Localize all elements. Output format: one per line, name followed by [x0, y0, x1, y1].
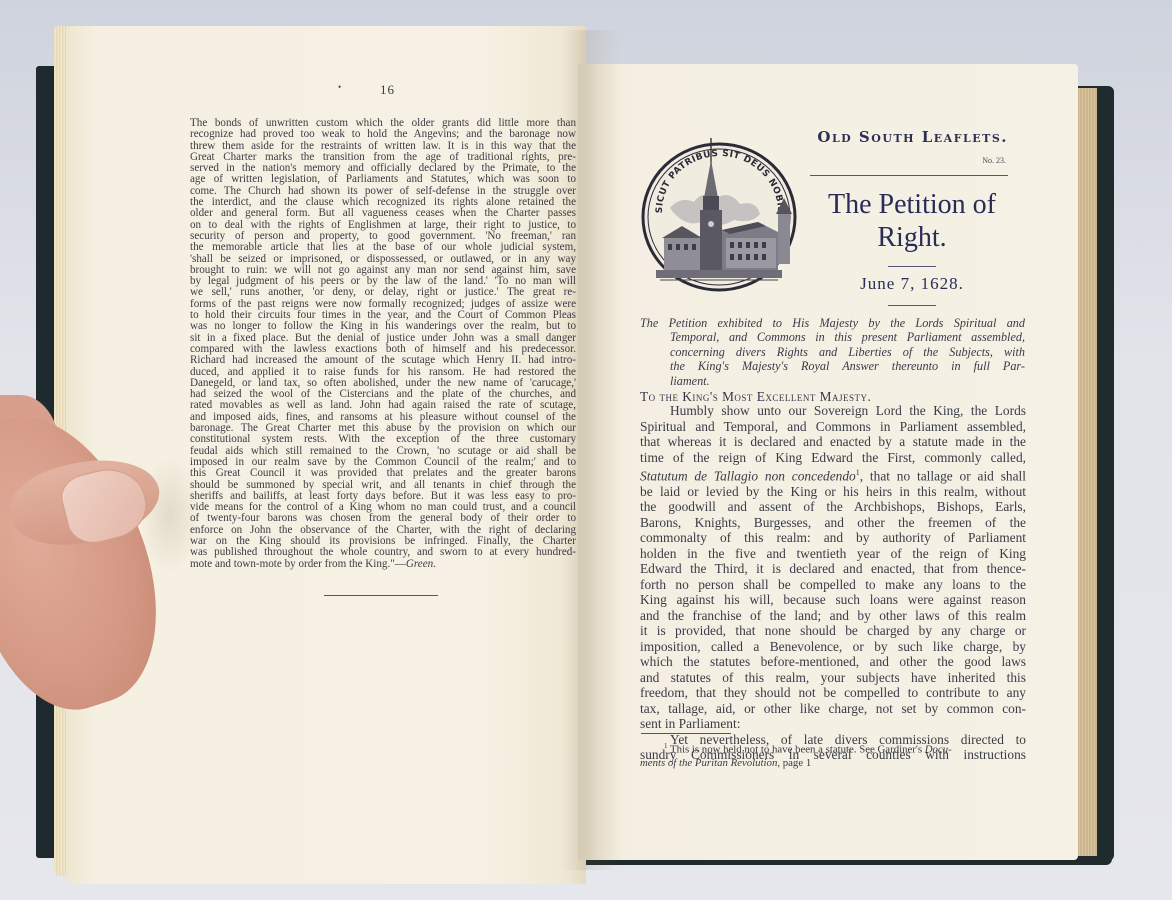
body-line: commonalty of this realm: and by authori… [640, 530, 1026, 546]
text-line-last: mote and town-mote by order from the Kin… [190, 559, 576, 570]
footnote: 1 This is now held not to have been a st… [640, 740, 1026, 770]
preamble-line: concerning divers Rights and Liberties o… [640, 345, 1025, 359]
text-line: the memorable article that lies at the b… [190, 242, 576, 253]
issue-number: No. 23. [930, 156, 1006, 165]
body-line: freedom, that they should not be compell… [640, 685, 1026, 701]
old-south-meeting-house-seal-icon: SICUT PATRIBUS SIT DEUS NOBIS [640, 138, 798, 293]
body-line: tax, tallage, aid, or other like charge,… [640, 701, 1026, 717]
body-line: which the statutes before-mentioned, and… [640, 654, 1026, 670]
body-line: time of the reign of King Edward the Fir… [640, 450, 1026, 466]
body-line-last: sent in Parliament: [640, 716, 1026, 732]
preamble-line: liament. [640, 374, 1025, 388]
text-line: recognize had proved too weak to hold th… [190, 129, 576, 140]
document-date: June 7, 1628. [806, 274, 1018, 294]
text-line: constitutional system rests. With the ex… [190, 434, 576, 445]
section-end-rule [324, 595, 438, 596]
body-line: Barons, Knights, Burgesses, and other th… [640, 515, 1026, 531]
footnote-marker: 1 [664, 742, 668, 750]
text-line: of twenty-four barons was chosen from th… [190, 513, 576, 524]
title-line-1: The Petition of [806, 188, 1018, 221]
masthead: Old South Leaflets. [808, 128, 1008, 146]
text-line: this Great Council it was provided that … [190, 468, 576, 479]
body-line: Humbly show unto our Sovereign Lord the … [640, 403, 1026, 419]
masthead-rule [810, 175, 1008, 176]
preamble: The Petition exhibited to His Majesty by… [640, 316, 1025, 388]
body-line: King against his will, because such loan… [640, 592, 1026, 608]
body-line: holden in the five and twentieth year of… [640, 546, 1026, 562]
text-line: older and general form. But all vaguenes… [190, 208, 576, 219]
document-title: The Petition of Right. [806, 188, 1018, 254]
statute-line-rest: , that no tallage or aid shall [860, 468, 1026, 483]
statute-line: Statutum de Tallagio non concedendo1, th… [640, 465, 1026, 484]
body-line: the goodwill and assent of the Archbisho… [640, 499, 1026, 515]
footnote-rule [641, 733, 731, 734]
left-page-paragraph: The bonds of unwritten custom which the … [190, 118, 576, 570]
body-line: Edward the Third, it is declared and ena… [640, 561, 1026, 577]
page-number-text: 16 [380, 82, 395, 97]
footnote-work-title-1: Docu- [925, 744, 952, 756]
page-edges-right [1075, 88, 1097, 856]
title-rule [888, 266, 936, 267]
attribution: Green. [406, 558, 436, 570]
footnote-work-title-2: ments of the Puritan Revolution [640, 757, 777, 769]
body-line: and statutes of this realm, your subject… [640, 670, 1026, 686]
body-line: forth no person shall be compelled to ma… [640, 577, 1026, 593]
body-line: that whereas it is declared and enacted … [640, 434, 1026, 450]
page-number: • 16 [380, 82, 395, 98]
title-line-2: Right. [806, 221, 1018, 254]
closing-quote-text: mote and town-mote by order from the Kin… [190, 558, 406, 570]
body-line: imposition, called a Benevolence, or by … [640, 639, 1026, 655]
footnote-page-ref: , page 1 [777, 757, 811, 769]
preamble-line: Temporal, and Commons in this present Pa… [640, 330, 1025, 344]
body-line: be laid or levied by the King or his hei… [640, 484, 1026, 500]
body-line: Spiritual and Temporal, and Commons in P… [640, 419, 1026, 435]
petition-body: Humbly show unto our Sovereign Lord the … [640, 403, 1026, 763]
statute-name: Statutum de Tallagio non concedendo [640, 468, 856, 483]
body-line: it is provided, that none should be char… [640, 623, 1026, 639]
preamble-line: The Petition exhibited to His Majesty by… [640, 316, 1025, 330]
printer-mark: • [338, 82, 342, 92]
text-line: was no longer to follow the King in his … [190, 321, 576, 332]
footnote-text: This is now held not to have been a stat… [670, 744, 925, 756]
date-rule [888, 305, 936, 306]
preamble-line: the King's Majesty's Royal Answer thereu… [640, 359, 1025, 373]
text-line: Richard had increased the amount of the … [190, 355, 576, 366]
body-line: and the franchise of the land; and by ot… [640, 608, 1026, 624]
